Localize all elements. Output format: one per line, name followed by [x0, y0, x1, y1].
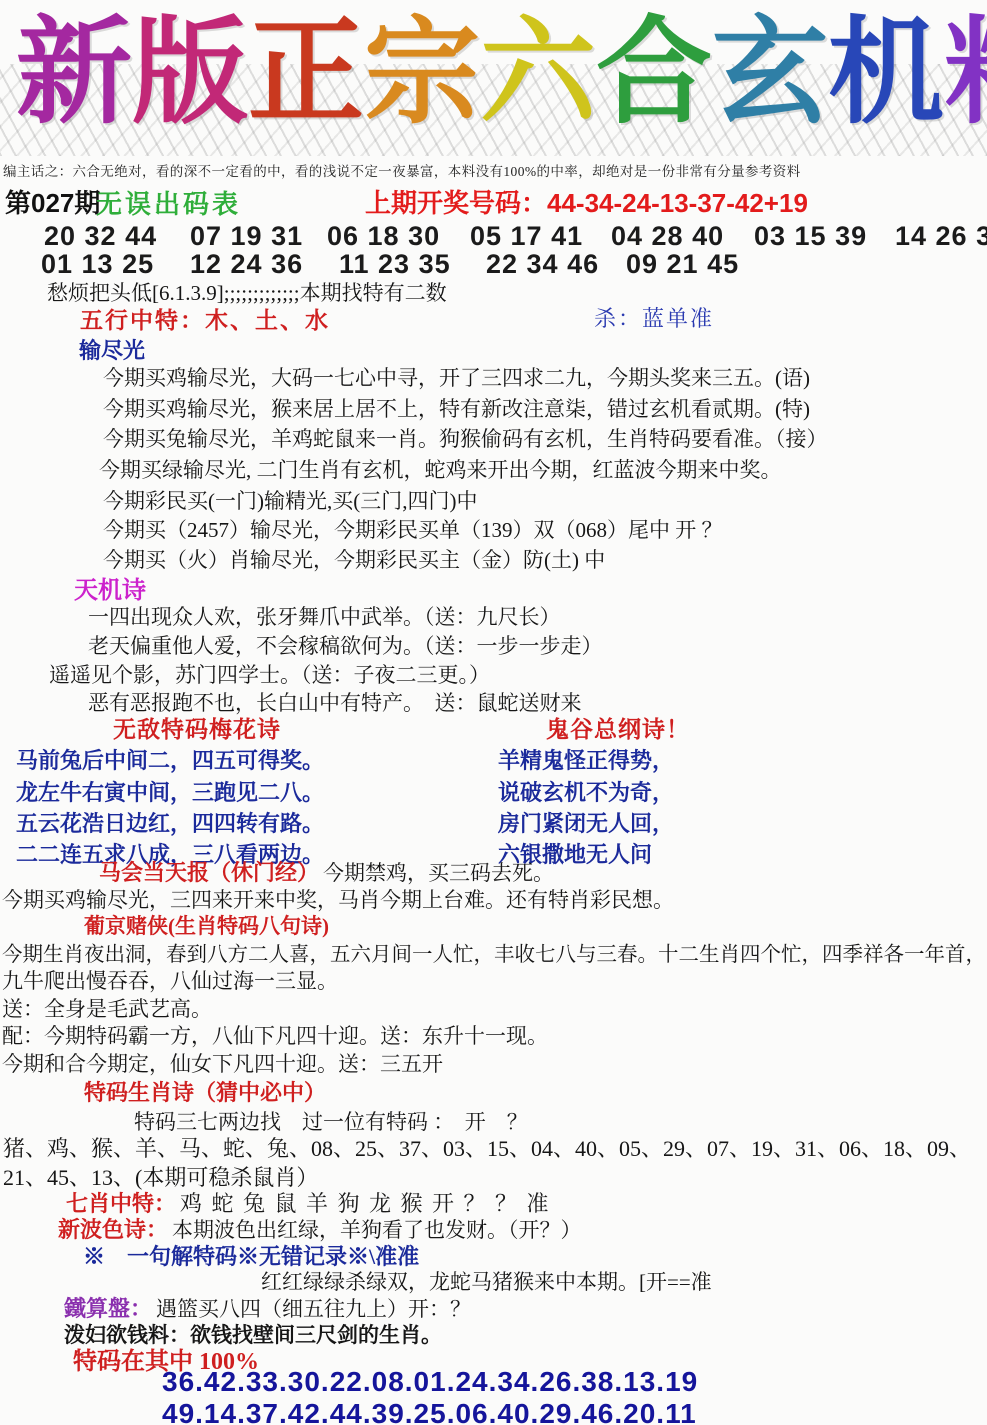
title-char: 料	[944, 0, 987, 145]
sheet-name: 无误出码表	[96, 184, 241, 221]
title-char: 新	[16, 0, 132, 145]
code-group: 04 28 40	[611, 221, 724, 252]
title-char: 版	[132, 0, 248, 145]
mahui-text: 今期禁鸡，买三码去死。	[323, 861, 554, 885]
issue-label: 第027期	[5, 183, 100, 220]
shujin-line: 今期买绿输尽光, 二门生肖有玄机，蛇鸡来开出今期，红蓝波今期来中奖。	[99, 454, 782, 484]
last-draw-result: 上期开奖号码：44-34-24-13-37-42+19	[365, 183, 808, 220]
xinbose-text: 本期波色出红绿，羊狗看了也发财。（开？）	[172, 1218, 582, 1242]
kill-line: 杀：蓝单准	[594, 302, 714, 333]
wuxing-line: 五行中特：木、土、水	[80, 302, 330, 335]
meihua-line: 马前兔后中间二，四五可得奖。	[16, 744, 324, 775]
guigu-line: 羊精鬼怪正得势，	[498, 744, 674, 775]
tianji-line: 一四出现众人欢，张牙舞爪中武举。（送：九尺长）	[88, 601, 561, 631]
tianji-line: 遥遥见个影，苏门四学士。（送：子夜二三更。）	[49, 659, 490, 689]
meihua-heading: 无敌特码梅花诗	[113, 711, 281, 744]
tema100-line1: 36.42.33.30.22.08.01.24.34.26.38.13.19	[162, 1366, 698, 1398]
title-char: 合	[596, 0, 712, 145]
pujing-line: 今期生肖夜出洞，春到八方二人喜，五六月间一人忙，丰收七八与三春。十二生肖四个忙，…	[2, 937, 986, 967]
guigu-heading: 鬼谷总纲诗！	[546, 711, 690, 744]
page-title: 新 版 正 宗 六 合 玄 机 料	[16, 0, 976, 145]
tianji-heading: 天机诗	[74, 570, 146, 605]
meihua-line: 龙左牛右寅中间，三跑见二八。	[16, 776, 324, 807]
tema-shengxiao-heading: 特码生肖诗（猜中必中）	[84, 1076, 326, 1107]
code-group: 03 15 39	[754, 221, 867, 252]
shujin-line: 今期买鸡输尽光，猴来居上居不上，特有新改注意柒，错过玄机看贰期。(特)	[103, 393, 810, 423]
tianji-line: 老天偏重他人爱，不会稼稿欲何为。（送：一步一步走）	[88, 630, 603, 660]
xinbose-label: 新波色诗：	[58, 1217, 168, 1242]
shujinguang-heading: 输尽光	[79, 334, 145, 365]
pujing-line: 九牛爬出慢吞吞，八仙过海一三显。	[2, 965, 338, 995]
tiesuanpan-label: 鐵算盤：	[64, 1296, 152, 1321]
shujin-line: 今期买鸡输尽光，大码一七心中寻，开了三四求二九，今期头奖来三五。(语)	[103, 362, 810, 392]
mahui-heading: 马会当天报（休门经）	[99, 860, 319, 885]
code-group: 05 17 41	[470, 221, 583, 252]
zodiac-number-line: 猪、鸡、猴、羊、马、蛇、兔、08、25、37、03、15、04、40、05、29…	[3, 1132, 971, 1163]
shujin-line: 今期买兔输尽光，羊鸡蛇鼠来一肖。狗猴偷码有玄机，生肖特码要看准。（接）	[103, 423, 828, 453]
title-char: 玄	[712, 0, 828, 145]
code-group: 12 24 36	[190, 249, 303, 280]
shujin-line: 今期彩民买(一门)输精光,买(三门,四门)中	[103, 485, 477, 515]
code-group: 07 19 31	[190, 221, 303, 252]
code-group: 06 18 30	[327, 221, 440, 252]
code-group: 20 32 44	[44, 221, 157, 252]
code-group: 01 13 25	[41, 249, 154, 280]
guigu-line: 说破玄机不为奇，	[498, 776, 674, 807]
title-char: 六	[480, 0, 596, 145]
tema100-line2: 49.14.37.42.44.39.25.06.40.29.46.20.11	[162, 1398, 697, 1425]
code-group: 14 26 38	[895, 221, 987, 252]
shujin-line: 今期买（2457）输尽光，今期彩民买单（139）双（068）尾中 开 ？	[103, 514, 723, 544]
meihua-line: 五云花浩日边红，四四转有路。	[16, 807, 324, 838]
title-char: 机	[828, 0, 944, 145]
pujing-line: 配：今期特码霸一方，八仙下凡四十迎。送：东升十一现。	[2, 1020, 548, 1050]
guigu-line: 房门紧闭无人回，	[498, 807, 674, 838]
title-char: 宗	[364, 0, 480, 145]
lottery-tip-sheet: 新 版 正 宗 六 合 玄 机 料 编主话之：六合无绝对，看的深不一定看的中，看…	[0, 0, 987, 1425]
pujing-line: 今期和合今期定，仙女下凡四十迎。送：三五开	[2, 1048, 443, 1078]
title-banner: 新 版 正 宗 六 合 玄 机 料	[0, 0, 987, 158]
pujing-heading: 葡京赌侠(生肖特码八句诗)	[84, 910, 329, 940]
code-group: 22 34 46	[486, 249, 599, 280]
shujin-line: 今期买（火）肖输尽光，今期彩民买主（金）防(土) 中	[103, 544, 605, 574]
code-group: 09 21 45	[626, 249, 739, 280]
editor-note: 编主话之：六合无绝对，看的深不一定看的中，看的浅说不定一夜暴富，本料没有100%…	[3, 160, 801, 180]
pujing-line: 送：全身是毛武艺高。	[2, 993, 212, 1023]
tiesuanpan-text: 遇篮买八四（细五往九上）开：？	[156, 1297, 471, 1321]
mahui-line: 马会当天报（休门经） 今期禁鸡，买三码去死。	[99, 856, 554, 887]
code-group: 11 23 35	[339, 249, 451, 280]
title-char: 正	[248, 0, 364, 145]
